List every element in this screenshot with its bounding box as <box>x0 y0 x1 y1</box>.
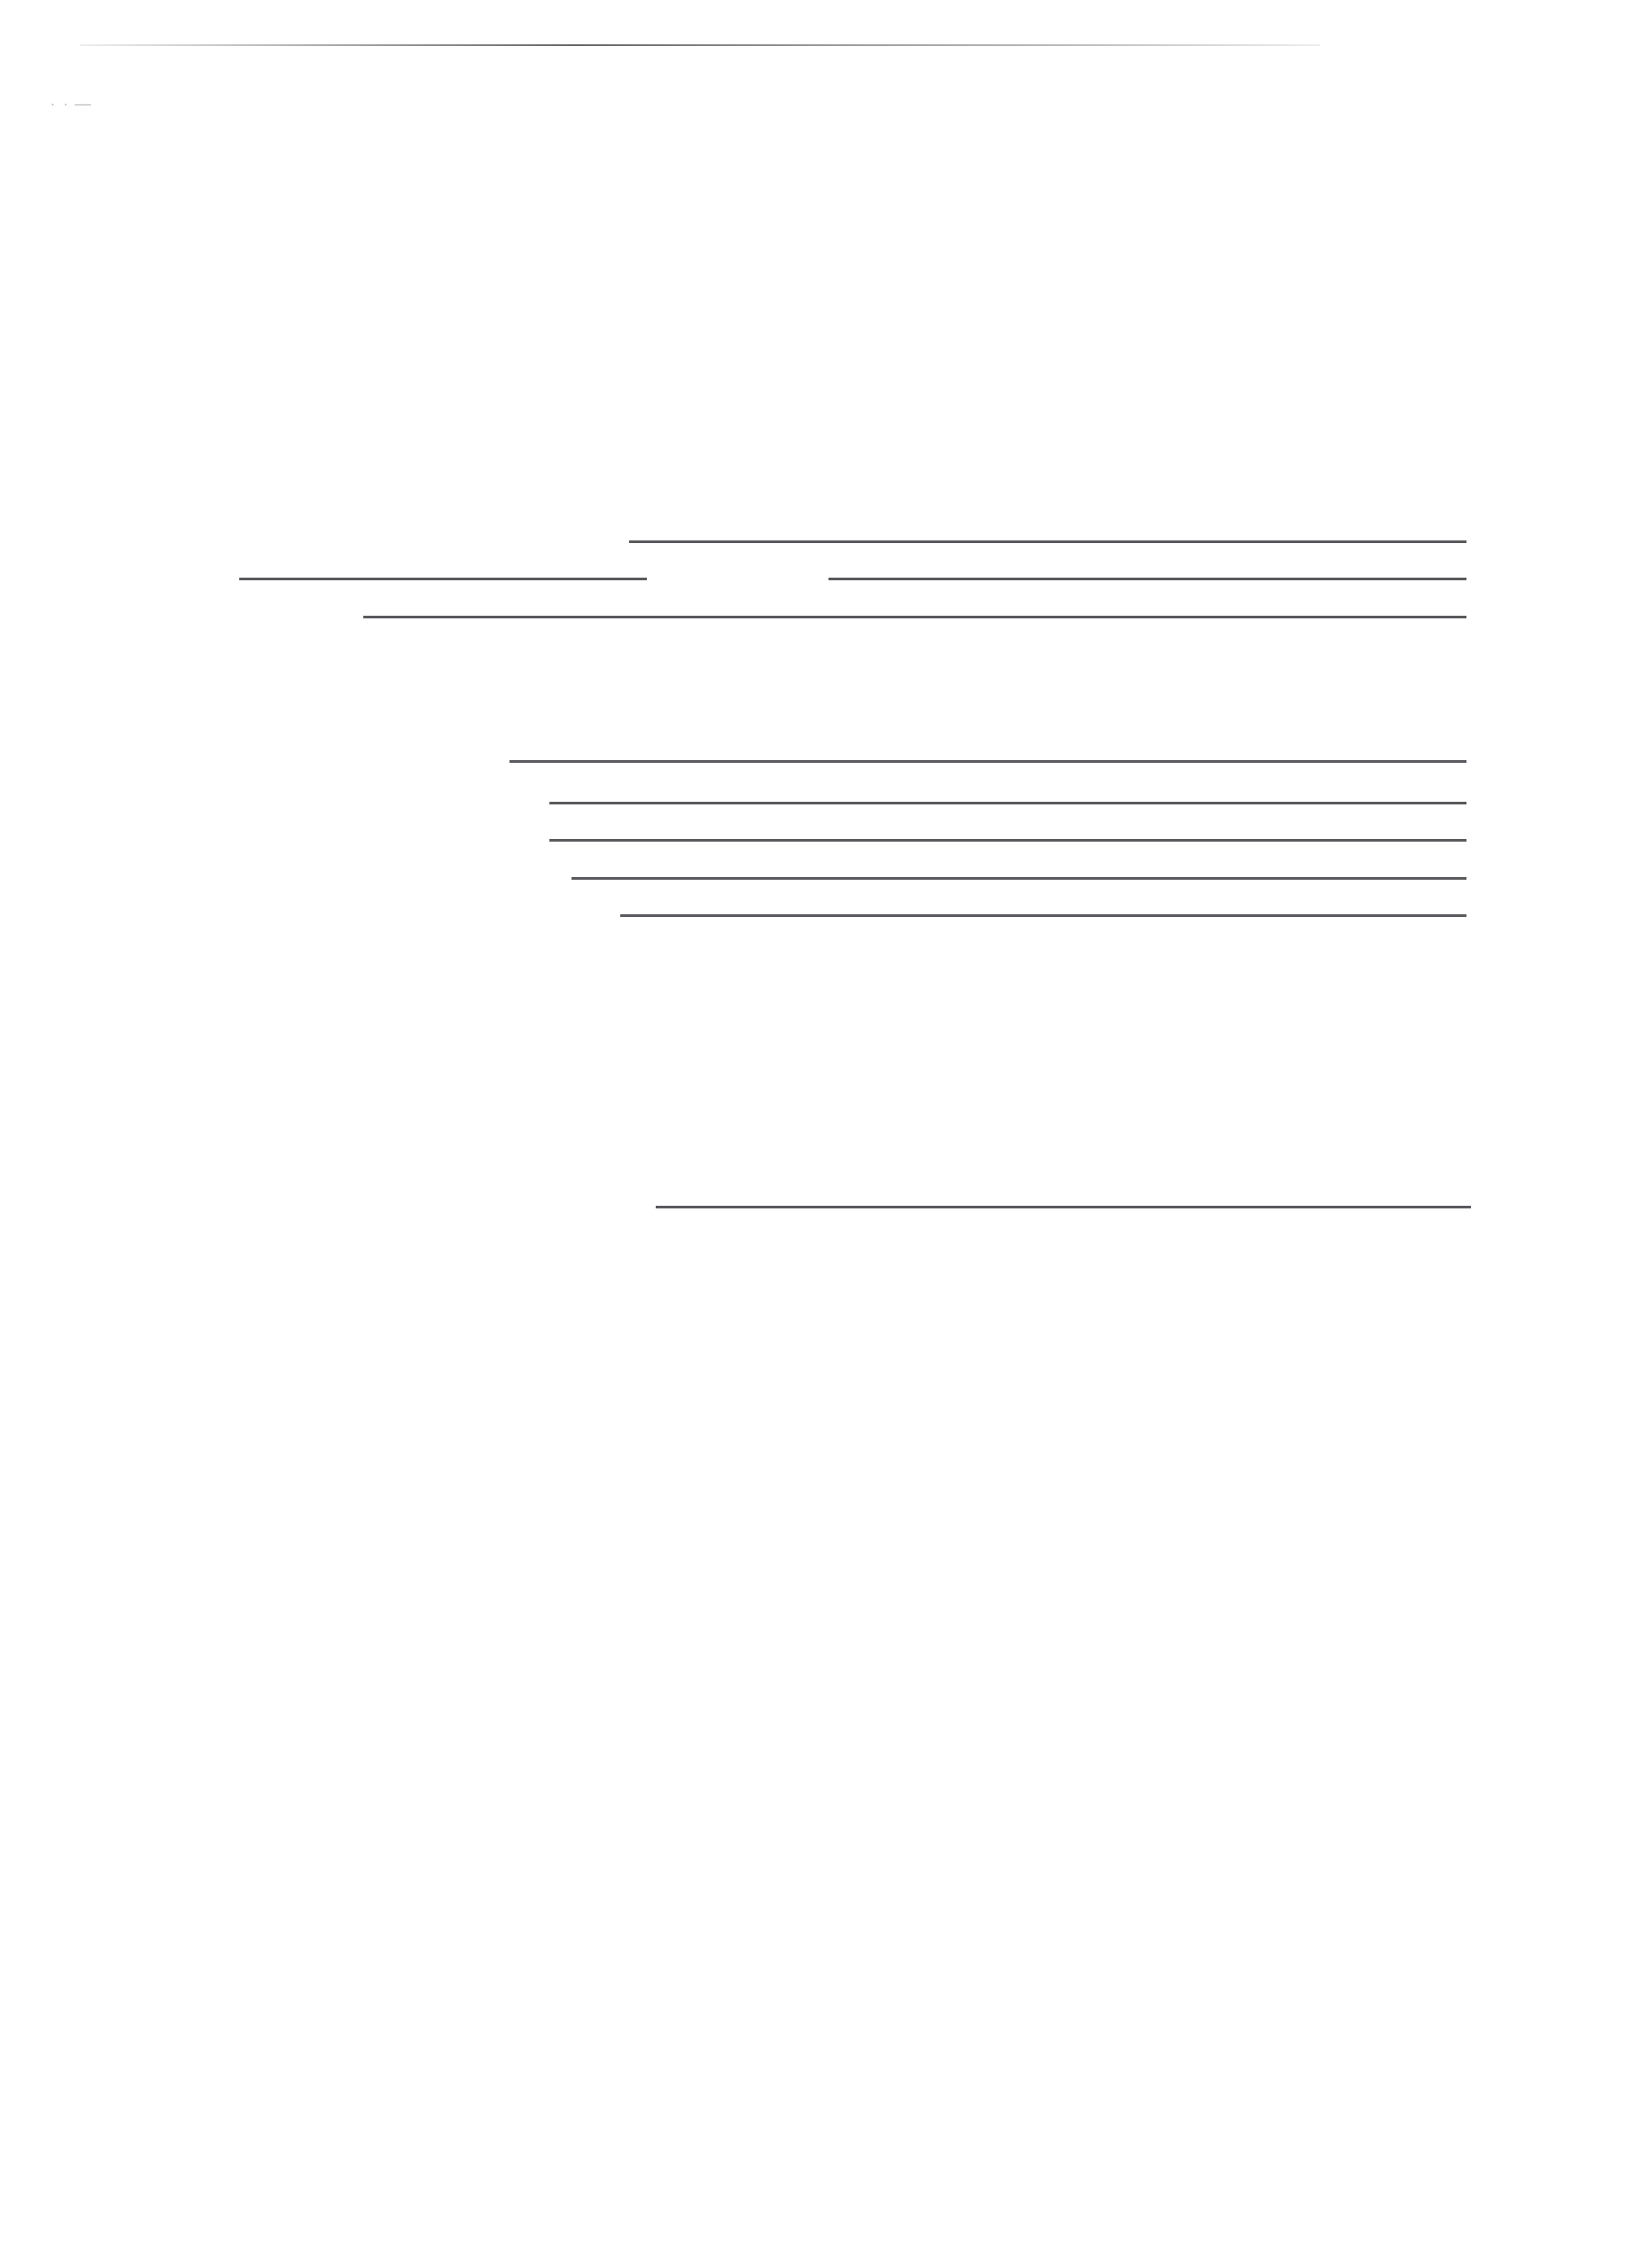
underline <box>509 760 1466 763</box>
underline <box>620 914 1466 917</box>
underline <box>549 802 1466 804</box>
underline <box>656 1206 1471 1208</box>
scan-top-rule <box>80 44 1320 46</box>
underline <box>363 616 1466 618</box>
underline <box>629 540 1466 543</box>
underline <box>549 839 1466 842</box>
underline <box>572 877 1466 880</box>
underline <box>828 578 1466 580</box>
scan-artifact: ˙ ˙ ‾‾ <box>49 102 155 120</box>
underline <box>239 578 647 580</box>
